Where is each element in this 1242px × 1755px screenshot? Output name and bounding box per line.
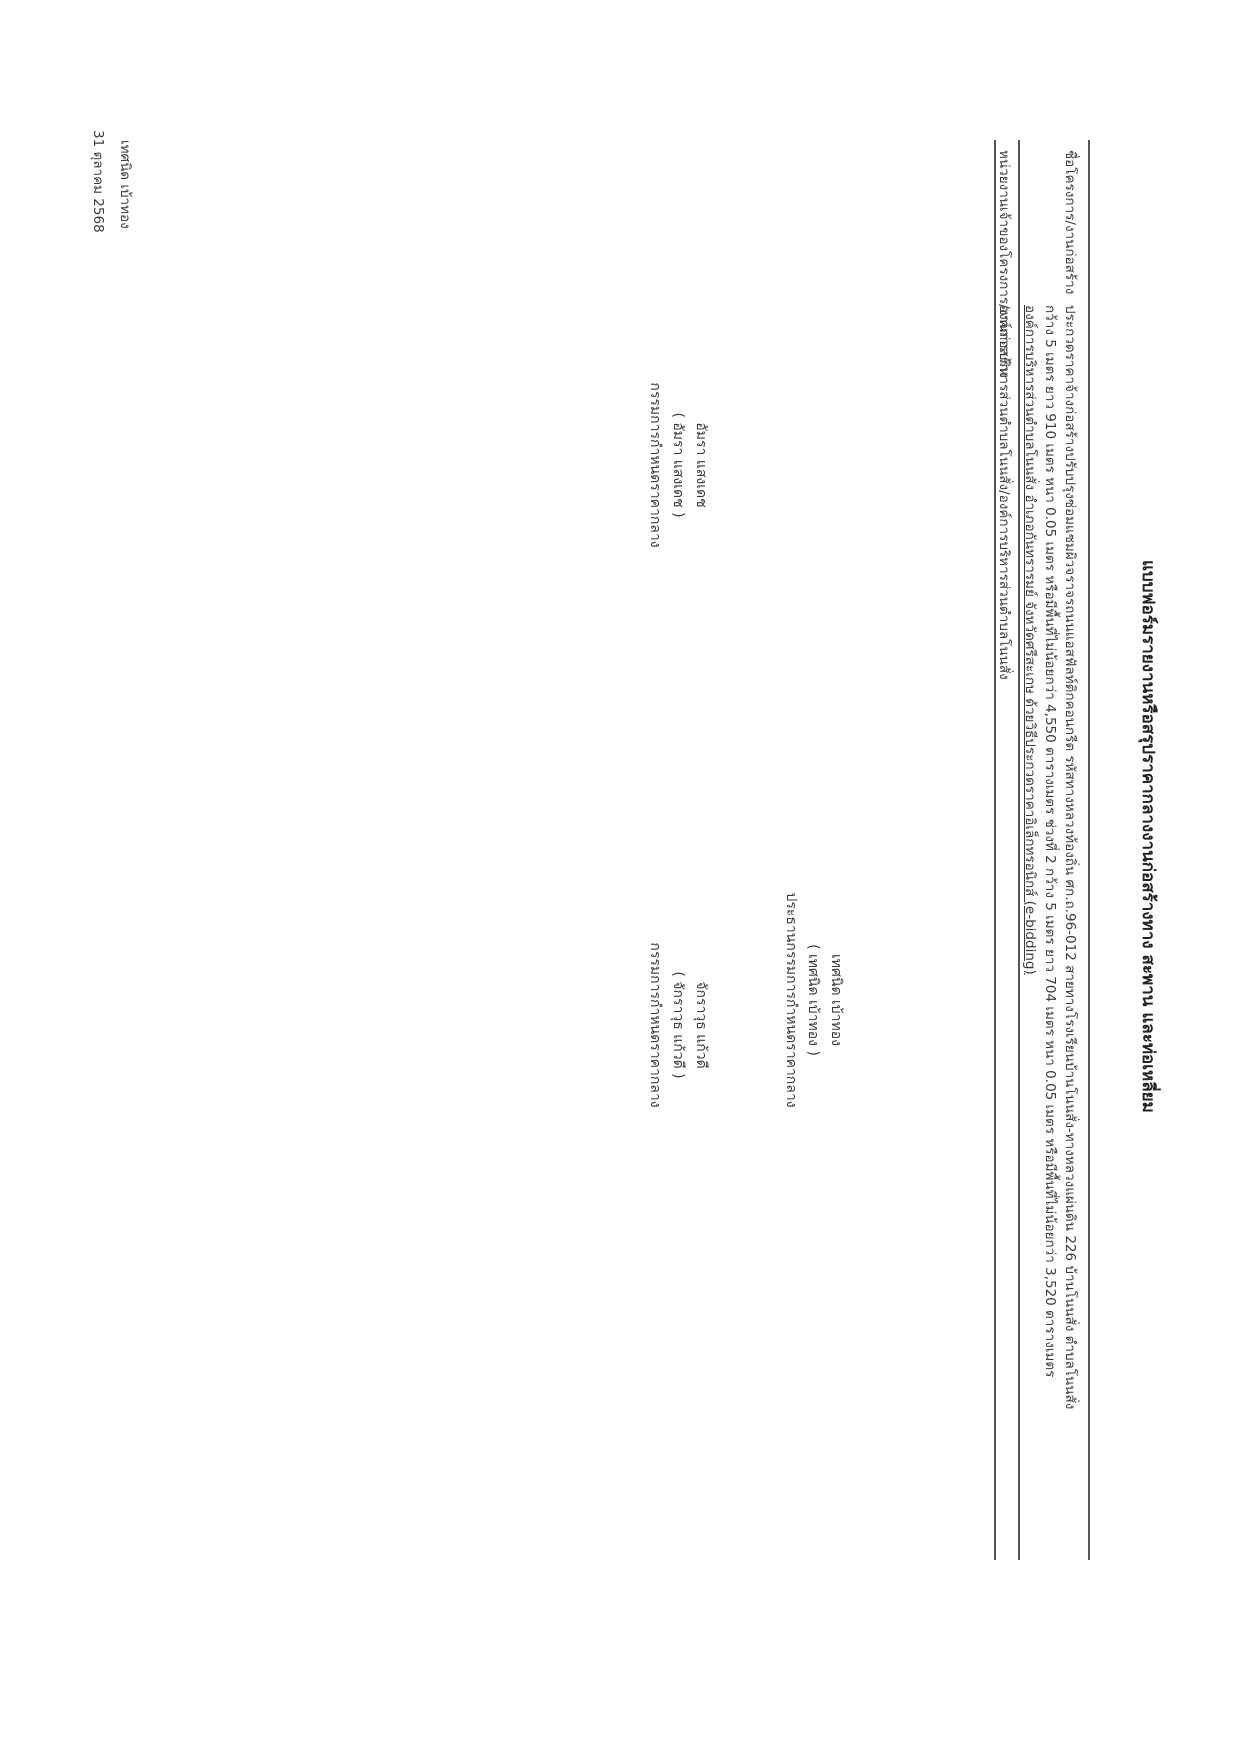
- signature-3-name: จักราวุธ แก้วดี: [690, 900, 712, 1150]
- project-name-label: ชื่อโครงการ/งานก่อสร้าง: [1060, 150, 1082, 294]
- owner-value: องค์การบริหารส่วนตำบลโนนสั่ง/องค์การบริห…: [994, 305, 1016, 680]
- project-name-line-3: องค์การบริหารส่วนตำบลโนนสั่ง อำเภอกันทรา…: [1020, 305, 1042, 975]
- footer-date: 31 ตุลาคม 2568: [88, 130, 110, 233]
- footer-name: เทศนิด เบ้าทอง: [115, 140, 137, 229]
- table-bottom-border: [995, 140, 997, 1560]
- signature-1-position: ประธานกรรมการกำหนดราคากลาง: [780, 860, 802, 1140]
- document-title: แบบฟอร์มรายงานหรือสรุปราคากลางงานก่อสร้า…: [1135, 560, 1162, 1113]
- table-row-border: [1019, 140, 1021, 1560]
- project-name-line-1: ประกวดราคาจ้างก่อสร้างปรับปรุงซ่อมแซมผิว…: [1060, 305, 1082, 1409]
- signature-1-name: เทศนิด เบ้าทอง: [825, 860, 847, 1140]
- signature-1-name-paren: ( เทศนิด เบ้าทอง ): [802, 860, 824, 1140]
- project-name-line-2: กว้าง 5 เมตร ยาว 910 เมตร หนา 0.05 เมตร …: [1040, 305, 1062, 1377]
- signature-2-name-paren: ( อัมรา แสงเดช ): [667, 340, 689, 590]
- signature-2-position: กรรมการกำหนดราคากลาง: [644, 340, 666, 590]
- signature-2-name: อัมรา แสงเดช: [690, 340, 712, 590]
- document-page: แบบฟอร์มรายงานหรือสรุปราคากลางงานก่อสร้า…: [0, 0, 1242, 1755]
- signature-3-name-paren: ( จักราวุธ แก้วดี ): [667, 900, 689, 1150]
- table-top-border: [1089, 140, 1091, 1560]
- signature-3-position: กรรมการกำหนดราคากลาง: [644, 900, 666, 1150]
